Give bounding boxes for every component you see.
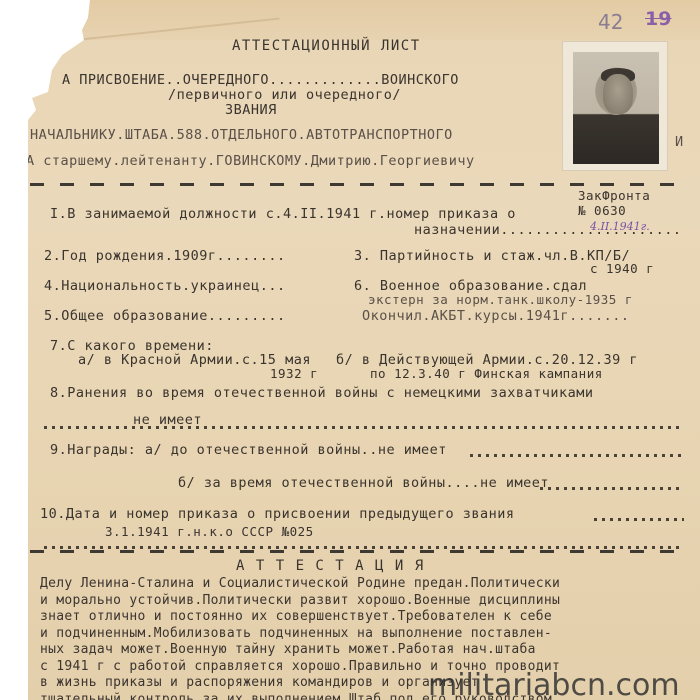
dotted-line [594,518,684,521]
dotted-line [540,487,684,490]
document-title: АТТЕСТАЦИОННЫЙ ЛИСТ [232,38,421,54]
recipient-post: НАЧАЛЬНИКУ.ШТАБА.588.ОТДЕЛЬНОГО.АВТОТРАН… [30,127,453,143]
item-1-position: I.В занимаемой должности с.4.II.1941 г.н… [50,206,516,222]
dotted-line [470,454,684,457]
photo-face [603,74,633,114]
item-7a-year: 1932 г [270,366,318,381]
item-9a-awards-before: 9.Награды: а/ до отечественной войны..не… [50,442,447,458]
recipient-name: А старшему.лейтенанту.ГОВИНСКОМУ.Дмитрию… [26,153,475,169]
separator-dashed [30,183,690,186]
item-6-military-education-detail: экстерн за норм.танк.школу-1935 г [368,292,633,307]
item-3-party: 3. Партийность и стаж.чл.В.КП/Б/ [354,248,630,264]
item-8-value: не имеет [133,412,202,428]
item-6-courses: Окончил.АКБТ.курсы.1941г....... [362,308,629,324]
crossed-number-stamp: 19 [645,8,671,30]
award-subtitle: /первичного или очередного/ [168,87,401,103]
attestation-heading: А Т Т Е С Т А Ц И Я [236,558,425,574]
item-10-value: 3.1.1941 г.н.к.о СССР №025 [105,524,314,539]
attestation-sheet: 42 19 АТТЕСТАЦИОННЫЙ ЛИСТ А ПРИСВОЕНИЕ..… [0,0,700,700]
item-7b-finnish-campaign: по 12.3.40 г Финская кампания [370,366,603,381]
separator-dashed [30,550,690,553]
item-1-appointment: назначении..................... [414,222,681,238]
pencil-number: 42 [598,10,623,34]
award-line: А ПРИСВОЕНИЕ..ОЧЕРЕДНОГО.............ВОИ… [62,72,459,88]
item-3-party-since: с 1940 г [590,261,654,276]
order-org: ЗакФронта [578,188,650,203]
item-2-birth-year: 2.Год рождения.1909г........ [44,248,286,264]
item-5-general-education: 5.Общее образование......... [44,308,286,324]
order-number: № 0630 [578,203,626,218]
portrait-photo [563,42,667,170]
watermark: militariabcn.com [428,668,680,700]
item-4-nationality: 4.Национальность.украинец... [44,278,286,294]
item-9b-awards-during: б/ за время отечественной войны....не им… [178,475,549,491]
dotted-line [44,546,684,549]
award-rank: ЗВАНИЯ [225,102,277,118]
item-10-previous-rank-order: 10.Дата и номер приказа о присвоении пре… [40,506,515,522]
paper-crease [80,18,279,41]
item-8-wounds: 8.Ранения во время отечественной войны с… [50,385,594,401]
recipient-post-end: И [675,134,684,150]
